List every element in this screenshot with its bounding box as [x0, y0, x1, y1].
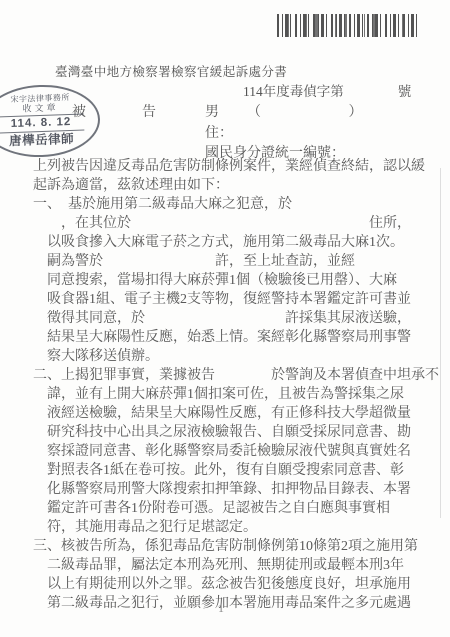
document-title: 臺灣臺中地方檢察署檢察官緩起訴處分書	[55, 62, 287, 80]
body-line: 一、 基於施用第二級毒品大麻之犯意，於	[33, 195, 443, 214]
stamp-received-label: 收文章	[22, 102, 58, 114]
body-line: 嗣為警於 許，至上址查訪，並經	[33, 252, 443, 271]
body-line: 二級毒品罪，屬法定本刑為死刑、無期徒刑或最輕本刑3年	[33, 556, 443, 575]
body-line: 結果呈大麻陽性反應，始悉上情。案經彰化縣警察局刑事警	[33, 328, 443, 347]
body-line: 上列被告因違反毒品危害防制條例案件，業經偵查終結，認以緩	[33, 157, 443, 176]
body-line: 察大隊移送偵辦。	[33, 347, 443, 366]
document-body: 上列被告因違反毒品危害防制條例案件，業經偵查終結，認以緩起訴為適當，茲敘述理由如…	[33, 157, 443, 613]
defendant-birthdate-redacted: （ ）	[247, 101, 363, 121]
body-line: 以吸食摻入大麻電子菸之方式，施用第二級毒品大麻1次。	[33, 233, 443, 252]
body-line: ，在其位於 住所，	[33, 214, 443, 233]
scan-artifact-line	[440, 168, 441, 518]
defendant-gender: 男	[205, 101, 219, 121]
stamp-date: 114. 8. 12	[0, 114, 84, 134]
body-line: 對照表各1紙在卷可按。此外，復有自願受搜索同意書、彰	[33, 461, 443, 480]
page-number: 1	[218, 601, 224, 616]
stamp-lawyer-name: 唐樺岳律師	[9, 132, 74, 149]
body-line: 研究科技中心出具之尿液檢驗報告、自願受採尿同意書、勘	[33, 423, 443, 442]
body-line: 起訴為適當，茲敘述理由如下：	[33, 176, 443, 195]
body-line: 諱，並有上開大麻菸彈1個扣案可佐，且被告為警採集之尿	[33, 385, 443, 404]
body-line: 第二級毒品之犯行，並願參加本署施用毒品案件之多元處遇	[33, 594, 443, 613]
barcode	[277, 14, 420, 37]
body-line: 符，其施用毒品之犯行足堪認定。	[33, 518, 443, 537]
body-line: 察採證同意書、彰化縣警察局委託檢驗尿液代號與真實姓名	[33, 442, 443, 461]
body-line: 化縣警察局刑警大隊搜索扣押筆錄、扣押物品目錄表、本署	[33, 480, 443, 499]
body-line: 鑑定許可書各1份附卷可憑。足認被告之自白應與事實相	[33, 499, 443, 518]
body-line: 同意搜索，當場扣得大麻菸彈1個（檢驗後已用罄）、大麻	[33, 271, 443, 290]
residence-label: 住：	[205, 122, 233, 142]
law-firm-receipt-stamp: 宋宇法律事務所 收文章 114. 8. 12 唐樺岳律師	[0, 83, 101, 159]
scanned-document-page: 臺灣臺中地方檢察署檢察官緩起訴處分書 114年度毒偵字第 號 被 告 男 （ ）…	[0, 0, 450, 637]
case-number: 114年度毒偵字第 號	[243, 80, 411, 100]
body-line: 以上有期徒刑以外之罪。茲念被告犯後態度良好，坦承施用	[33, 575, 443, 594]
body-line: 徵得其同意，於 許採集其尿液送驗，	[33, 309, 443, 328]
body-line: 二、上揭犯罪事實，業據被告 於警詢及本署偵查中坦承不	[33, 366, 443, 385]
body-line: 吸食器1組、電子主機2支等物，復經警持本署鑑定許可書並	[33, 290, 443, 309]
body-line: 三、核被告所為，係犯毒品危害防制條例第10條第2項之施用第	[33, 537, 443, 556]
body-line: 液經送檢驗，結果呈大麻陽性反應，有正修科技大學超微量	[33, 404, 443, 423]
